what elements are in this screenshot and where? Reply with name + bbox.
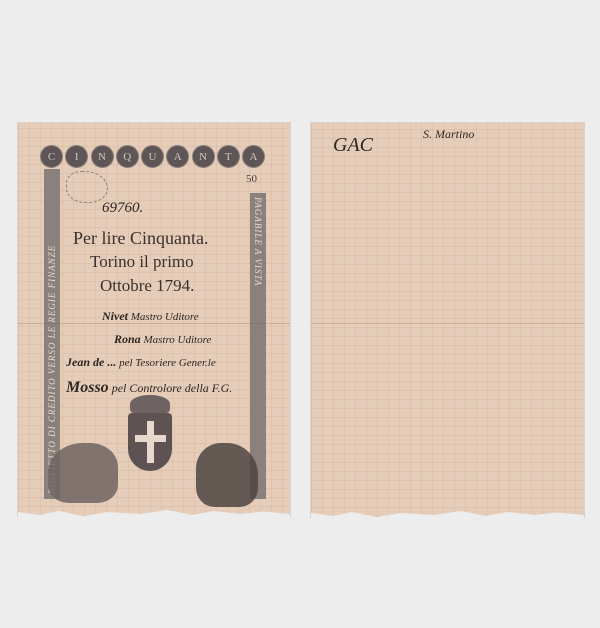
medal-letter: T [217, 145, 240, 168]
medal-letter: I [65, 145, 88, 168]
flourish-ornament-icon [66, 171, 108, 203]
medal-letter: N [192, 145, 215, 168]
lion-icon [48, 443, 118, 503]
signature-line: Jean de ... pel Tesoriere Gener.le [66, 355, 216, 370]
place-line: Torino il primo [90, 252, 194, 272]
banknote-front: C I N Q U A N T A BIGLIETTO DI CREDITO V… [18, 123, 290, 516]
left-border: BIGLIETTO DI CREDITO VERSO LE REGIE FINA… [44, 169, 60, 499]
bear-icon [196, 443, 258, 507]
date-line: Ottobre 1794. [100, 276, 194, 296]
medal-letter: A [242, 145, 265, 168]
right-border-text: PAGABILE A VISTA [253, 197, 263, 286]
signature-line: Rona Mastro Uditore [114, 332, 211, 347]
crown-icon [130, 395, 170, 413]
handwritten-initials: GAC [333, 134, 373, 157]
torn-edge [311, 509, 584, 519]
fold-line [18, 323, 290, 324]
right-border: PAGABILE A VISTA [250, 193, 266, 499]
medal-letter: A [166, 145, 189, 168]
medal-letter: U [141, 145, 164, 168]
serial-number: 69760. [102, 200, 143, 217]
denomination-line: Per lire Cinquanta. [73, 228, 208, 249]
banknote-back: GAC S. Martino [311, 123, 584, 517]
signature-line: Nivet Mastro Uditore [102, 309, 199, 324]
header-medallions: C I N Q U A N T A [40, 145, 265, 167]
medal-letter: Q [116, 145, 139, 168]
corner-value: 50 [246, 173, 257, 185]
savoy-cross-shield-icon [128, 413, 172, 471]
medal-letter: C [40, 145, 63, 168]
torn-edge [18, 508, 290, 518]
handwritten-note: S. Martino [423, 127, 474, 142]
medal-letter: N [91, 145, 114, 168]
fold-line [311, 323, 584, 324]
